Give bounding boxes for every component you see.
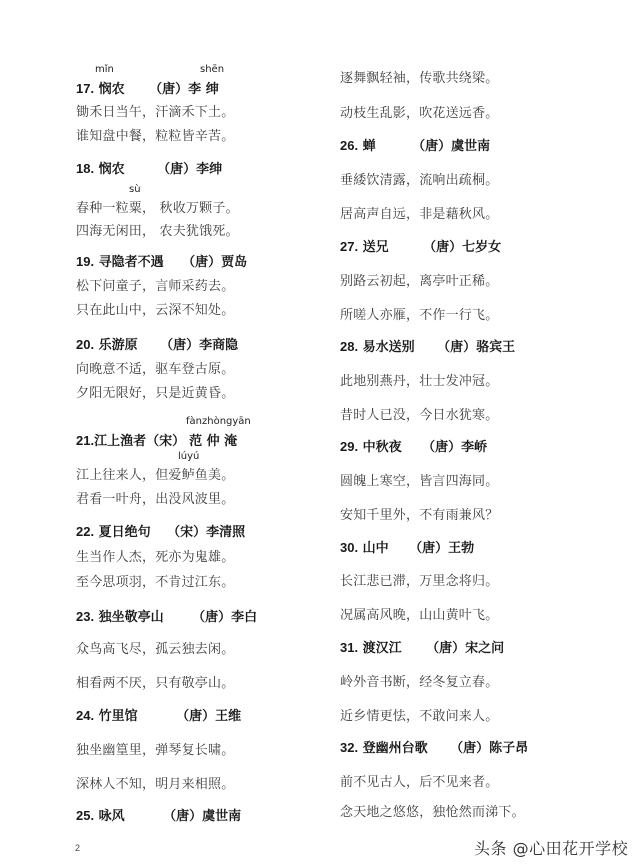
poem-line: 独坐幽篁里，弹琴复长啸。: [76, 739, 234, 758]
watermark: 头条 @心田花开学校: [474, 836, 628, 859]
poem-line: 昔时人已没，今日水犹寒。: [340, 404, 498, 423]
poem-line: 动枝生乱影，吹花送远香。: [340, 102, 498, 121]
poem-title-22: 22. 夏日绝句 （宋）李清照: [76, 521, 245, 540]
poem-title-23: 23. 独坐敬亭山 （唐）李白: [76, 606, 257, 625]
poem-title-30: 30. 山中 （唐）王勃: [340, 537, 474, 556]
poem-line: 近乡情更怯，不敢问来人。: [340, 705, 498, 724]
poem-title-31: 31. 渡汉江 （唐）宋之问: [340, 637, 504, 656]
poem-line: 逐舞飘轻袖，传歌共绕梁。: [340, 67, 498, 86]
poem-line: 别路云初起，离亭叶正稀。: [340, 270, 498, 289]
poem-line: 岭外音书断，经冬复立春。: [340, 671, 498, 690]
pinyin-annotation: shēn: [200, 64, 224, 75]
poem-title-24: 24. 竹里馆 （唐）王维: [76, 705, 241, 724]
poem-line: 君看一叶舟，出没风波里。: [76, 488, 234, 507]
poem-title-25: 25. 咏风 （唐）虞世南: [76, 805, 241, 824]
poem-title-20: 20. 乐游原 （唐）李商隐: [76, 334, 238, 353]
pinyin-annotation: sù: [129, 184, 141, 195]
poem-line: 相看两不厌，只有敬亭山。: [76, 672, 234, 691]
poem-line: 生当作人杰，死亦为鬼雄。: [76, 546, 234, 565]
poem-line: 垂緌饮清露，流响出疏桐。: [340, 169, 498, 188]
poem-line: 向晚意不适，驱车登古原。: [76, 358, 234, 377]
poem-line: 春种一粒粟， 秋收万颗子。: [76, 197, 239, 216]
document-page: mǐn shēn 17. 悯农 （唐）李 绅 锄禾日当午，汗滴禾下土。 谁知盘中…: [0, 0, 640, 868]
poem-line: 长江悲已滞，万里念将归。: [340, 570, 498, 589]
poem-line: 至今思项羽，不肯过江东。: [76, 571, 234, 590]
poem-title-27: 27. 送兄 （唐）七岁女: [340, 236, 501, 255]
poem-line: 安知千里外，不有雨兼风？: [340, 504, 498, 523]
page-number: 2: [75, 843, 80, 853]
poem-line: 锄禾日当午，汗滴禾下土。: [76, 101, 234, 120]
poem-line: 松下问童子，言师采药去。: [76, 275, 234, 294]
poem-line: 前不见古人，后不见来者。: [340, 771, 498, 790]
poem-line: 只在此山中，云深不知处。: [76, 299, 234, 318]
poem-title-26: 26. 蝉 （唐）虞世南: [340, 135, 490, 154]
poem-line: 谁知盘中餐，粒粒皆辛苦。: [76, 125, 234, 144]
poem-title-17: 17. 悯农 （唐）李 绅: [76, 78, 219, 97]
poem-title-21: 21.江上渔者（宋）范 仲 淹: [76, 430, 237, 449]
poem-title-18: 18. 悯农 （唐）李绅: [76, 158, 222, 177]
poem-line: 众鸟高飞尽，孤云独去闲。: [76, 638, 234, 657]
poem-line: 夕阳无限好，只是近黄昏。: [76, 382, 234, 401]
pinyin-annotation: mǐn: [95, 64, 114, 75]
poem-line: 深林人不知，明月来相照。: [76, 773, 234, 792]
poem-title-19: 19. 寻隐者不遇 （唐）贾岛: [76, 251, 247, 270]
poem-title-29: 29. 中秋夜 （唐）李峤: [340, 436, 487, 455]
poem-line: 所嗟人亦雁，不作一行飞。: [340, 304, 498, 323]
poem-line: 四海无闲田， 农夫犹饿死。: [76, 220, 239, 239]
poem-title-28: 28. 易水送别 （唐）骆宾王: [340, 336, 515, 355]
poem-line: 圆魄上寒空，皆言四海同。: [340, 470, 498, 489]
poem-line: 况属高风晚，山山黄叶飞。: [340, 604, 498, 623]
pinyin-annotation: lúyú: [178, 451, 199, 462]
poem-line: 念天地之悠悠，独怆然而涕下。: [340, 801, 525, 820]
poem-line: 居高声自远，非是藉秋风。: [340, 203, 498, 222]
pinyin-annotation: fànzhòngyān: [186, 416, 251, 427]
poem-line: 江上往来人，但爱鲈鱼美。: [76, 464, 234, 483]
poem-line: 此地别燕丹，壮士发冲冠。: [340, 370, 498, 389]
poem-title-32: 32. 登幽州台歌 （唐）陈子昂: [340, 737, 528, 756]
